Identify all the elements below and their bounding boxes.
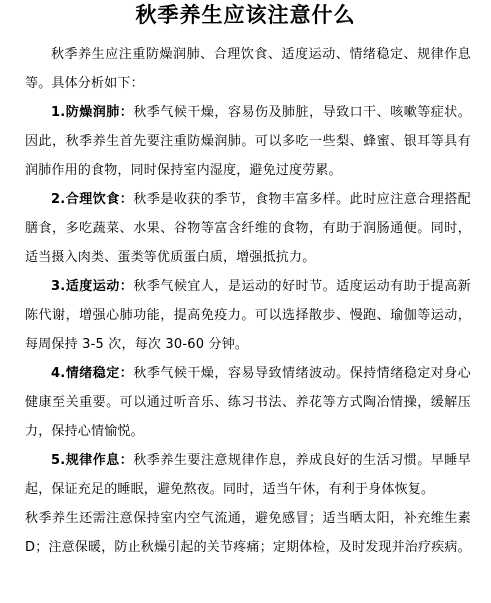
section-heading-2: 2.合理饮食： (51, 192, 133, 207)
section-heading-1: 1.防燥润肺： (51, 105, 133, 120)
closing-paragraph: 秋季养生还需注意保持室内空气流通，避免感冒；适当晒太阳，补充维生素D；注意保暖，… (25, 504, 471, 562)
document-title: 秋季养生应该注意什么 (0, 2, 491, 28)
intro-paragraph: 秋季养生应注重防燥润肺、合理饮食、适度运动、情绪稳定、规律作息等。具体分析如下： (25, 40, 471, 98)
section-paragraph-1: 1.防燥润肺：秋季气候干燥，容易伤及肺脏，导致口干、咳嗽等症状。因此，秋季养生首… (25, 98, 471, 185)
section-paragraph-3: 3.适度运动：秋季气候宜人，是运动的好时节。适度运动有助于提高新陈代谢，增强心肺… (25, 272, 471, 359)
section-heading-3: 3.适度运动： (51, 279, 133, 294)
section-heading-5: 5.规律作息： (51, 453, 133, 468)
section-paragraph-2: 2.合理饮食：秋季是收获的季节，食物丰富多样。此时应注意合理搭配膳食，多吃蔬菜、… (25, 185, 471, 272)
section-heading-4: 4.情绪稳定： (51, 366, 133, 381)
section-paragraph-5: 5.规律作息：秋季养生要注意规律作息，养成良好的生活习惯。早睡早起，保证充足的睡… (25, 446, 471, 504)
section-paragraph-4: 4.情绪稳定：秋季气候干燥，容易导致情绪波动。保持情绪稳定对身心健康至关重要。可… (25, 359, 471, 446)
document-body: 秋季养生应注重防燥润肺、合理饮食、适度运动、情绪稳定、规律作息等。具体分析如下：… (25, 40, 471, 562)
